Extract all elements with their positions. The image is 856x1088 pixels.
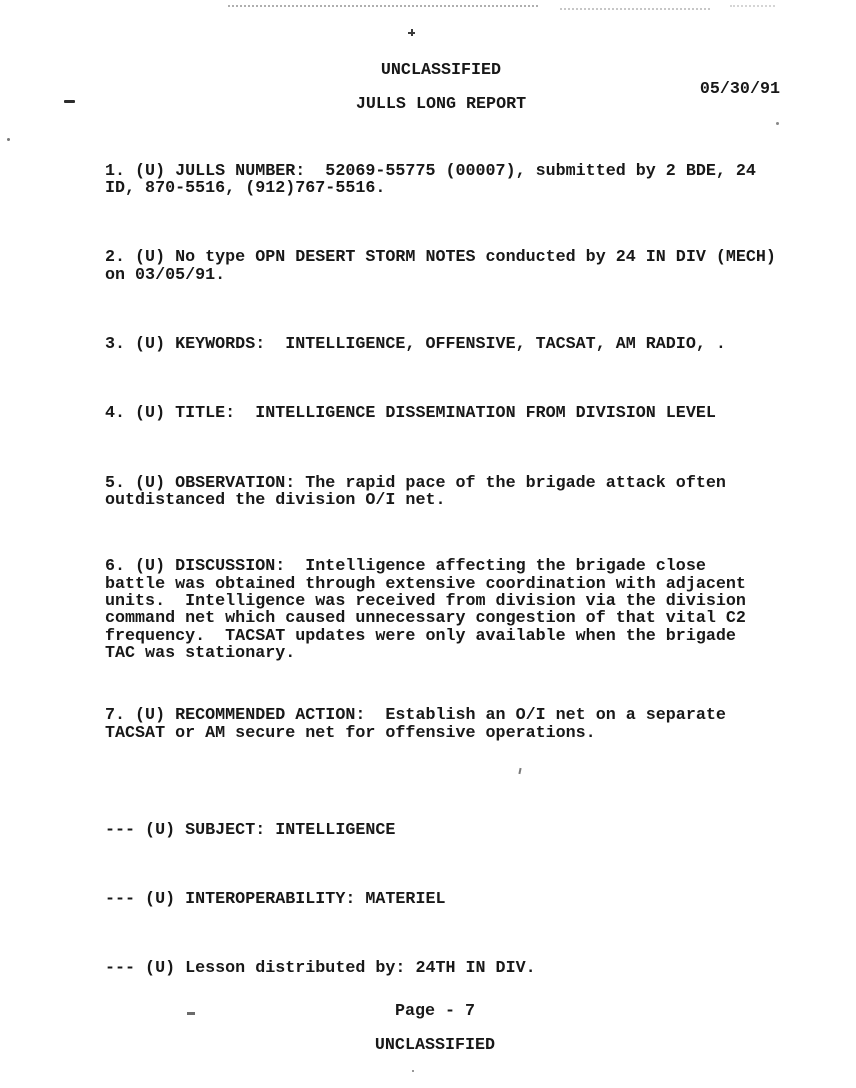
scan-artifact-dash (64, 100, 75, 103)
scan-artifact-dot (412, 1070, 414, 1072)
scan-artifact-dot (7, 138, 10, 141)
scan-noise-top (560, 8, 710, 10)
scan-artifact-cross (408, 29, 415, 36)
paragraph-recommended-action: 7. (U) RECOMMENDED ACTION: Establish an … (105, 707, 805, 742)
paragraph-discussion: 6. (U) DISCUSSION: Intelligence affectin… (105, 558, 805, 662)
paragraph-observation: 5. (U) OBSERVATION: The rapid pace of th… (105, 475, 805, 510)
interoperability-line: --- (U) INTEROPERABILITY: MATERIEL (105, 891, 805, 908)
scan-artifact-dot (776, 122, 779, 125)
paragraph-operation-notes: 2. (U) No type OPN DESERT STORM NOTES co… (105, 249, 805, 284)
scan-noise-top (730, 5, 775, 7)
subject-line: --- (U) SUBJECT: INTELLIGENCE (105, 822, 805, 839)
paragraph-julls-number: 1. (U) JULLS NUMBER: 52069-55775 (00007)… (105, 163, 805, 198)
page-number: Page - 7 (99, 1003, 771, 1020)
report-title: JULLS LONG REPORT (105, 96, 777, 113)
report-body: 1. (U) JULLS NUMBER: 52069-55775 (00007)… (105, 128, 805, 1013)
classification-footer: UNCLASSIFIED (99, 1037, 771, 1054)
distribution-line: --- (U) Lesson distributed by: 24TH IN D… (105, 960, 805, 977)
paragraph-keywords: 3. (U) KEYWORDS: INTELLIGENCE, OFFENSIVE… (105, 336, 805, 353)
scan-noise-top (228, 5, 538, 7)
document-page: UNCLASSIFIED 05/30/91 JULLS LONG REPORT … (0, 0, 856, 1088)
classification-header: UNCLASSIFIED (105, 62, 777, 79)
paragraph-title: 4. (U) TITLE: INTELLIGENCE DISSEMINATION… (105, 405, 805, 422)
